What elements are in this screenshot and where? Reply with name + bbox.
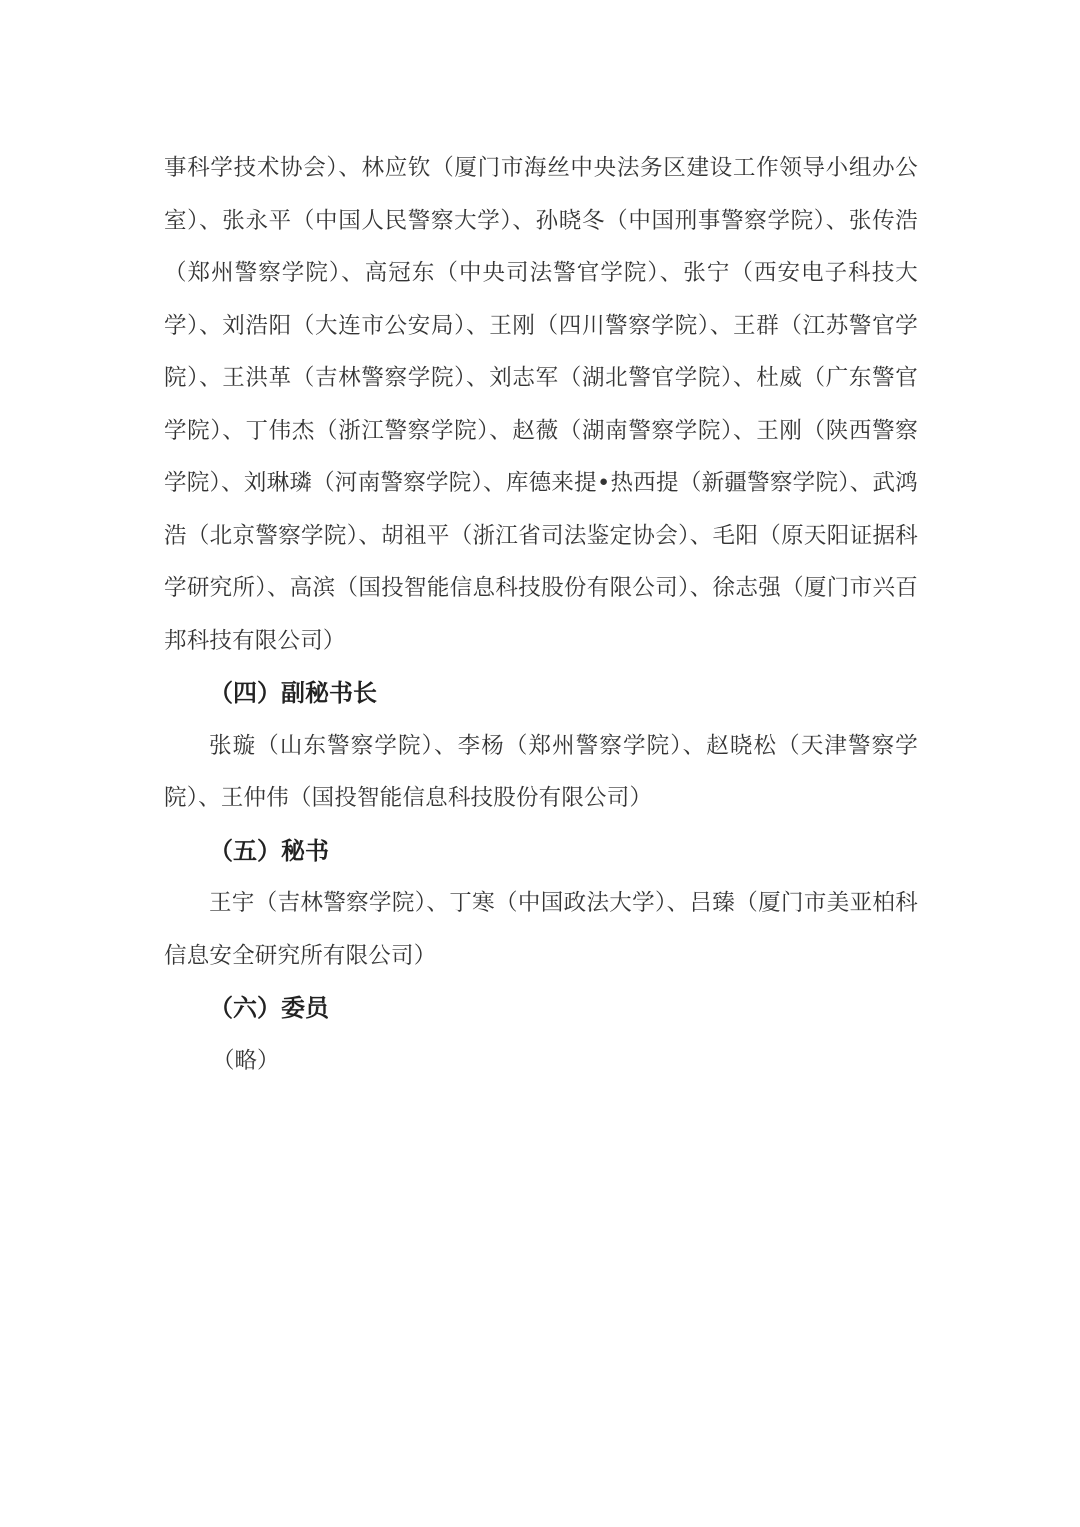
deputy-secretary-general-list: 张璇（山东警察学院）、李杨（郑州警察学院）、赵晓松（天津警察学院）、王仲伟（国投… [164,720,918,825]
committee-members-omitted-note: （略） [164,1035,918,1088]
member-list-continuation: 事科学技术协会）、林应钦（厦门市海丝中央法务区建设工作领导小组办公室）、张永平（… [164,142,918,667]
secretary-list: 王宇（吉林警察学院）、丁寒（中国政法大学）、吕臻（厦门市美亚柏科信息安全研究所有… [164,877,918,982]
section-heading-committee-members: （六）委员 [164,982,918,1035]
section-heading-deputy-secretary-general: （四）副秘书长 [164,667,918,720]
document-page: 事科学技术协会）、林应钦（厦门市海丝中央法务区建设工作领导小组办公室）、张永平（… [0,0,1080,1527]
section-heading-secretary: （五）秘书 [164,825,918,878]
document-body: 事科学技术协会）、林应钦（厦门市海丝中央法务区建设工作领导小组办公室）、张永平（… [164,142,918,1087]
